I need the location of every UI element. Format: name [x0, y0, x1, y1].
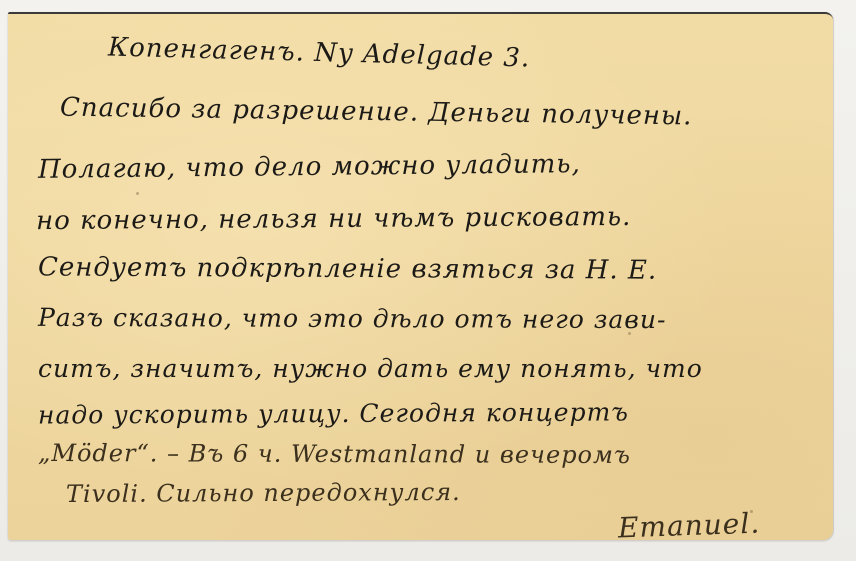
- signature: Emanuel.: [617, 507, 760, 545]
- paper-speck: [628, 332, 631, 335]
- address-header: Копенгагенъ. Ny Adelgade 3.: [108, 32, 531, 73]
- text-line-1: Спасибо за разрешение. Деньги получены.: [60, 93, 693, 132]
- paper-speck: [136, 192, 139, 195]
- paper-speck: [750, 510, 753, 513]
- text-line-8: „Möder“. – Въ 6 ч. Westmanland и вечером…: [38, 439, 631, 469]
- text-line-9: Tivoli. Сильно передохнулся.: [66, 478, 461, 508]
- postcard: Копенгагенъ. Ny Adelgade 3. Спасибо за р…: [8, 12, 833, 540]
- text-line-6: ситъ, значитъ, нужно дать ему понять, чт…: [38, 354, 703, 383]
- text-line-2: Полагаю, что дело можно уладить,: [38, 149, 581, 185]
- text-line-7: надо ускорить улицу. Сегодня концертъ: [38, 397, 629, 429]
- text-line-3: но конечно, нельзя ни чѣмъ рисковать.: [36, 202, 632, 236]
- scan-background: Копенгагенъ. Ny Adelgade 3. Спасибо за р…: [0, 0, 856, 561]
- text-line-5: Разъ сказано, что это дѣло отъ него зави…: [38, 303, 667, 334]
- text-line-4: Сендуетъ подкрѣпленiе взяться за Н. Е.: [38, 252, 657, 285]
